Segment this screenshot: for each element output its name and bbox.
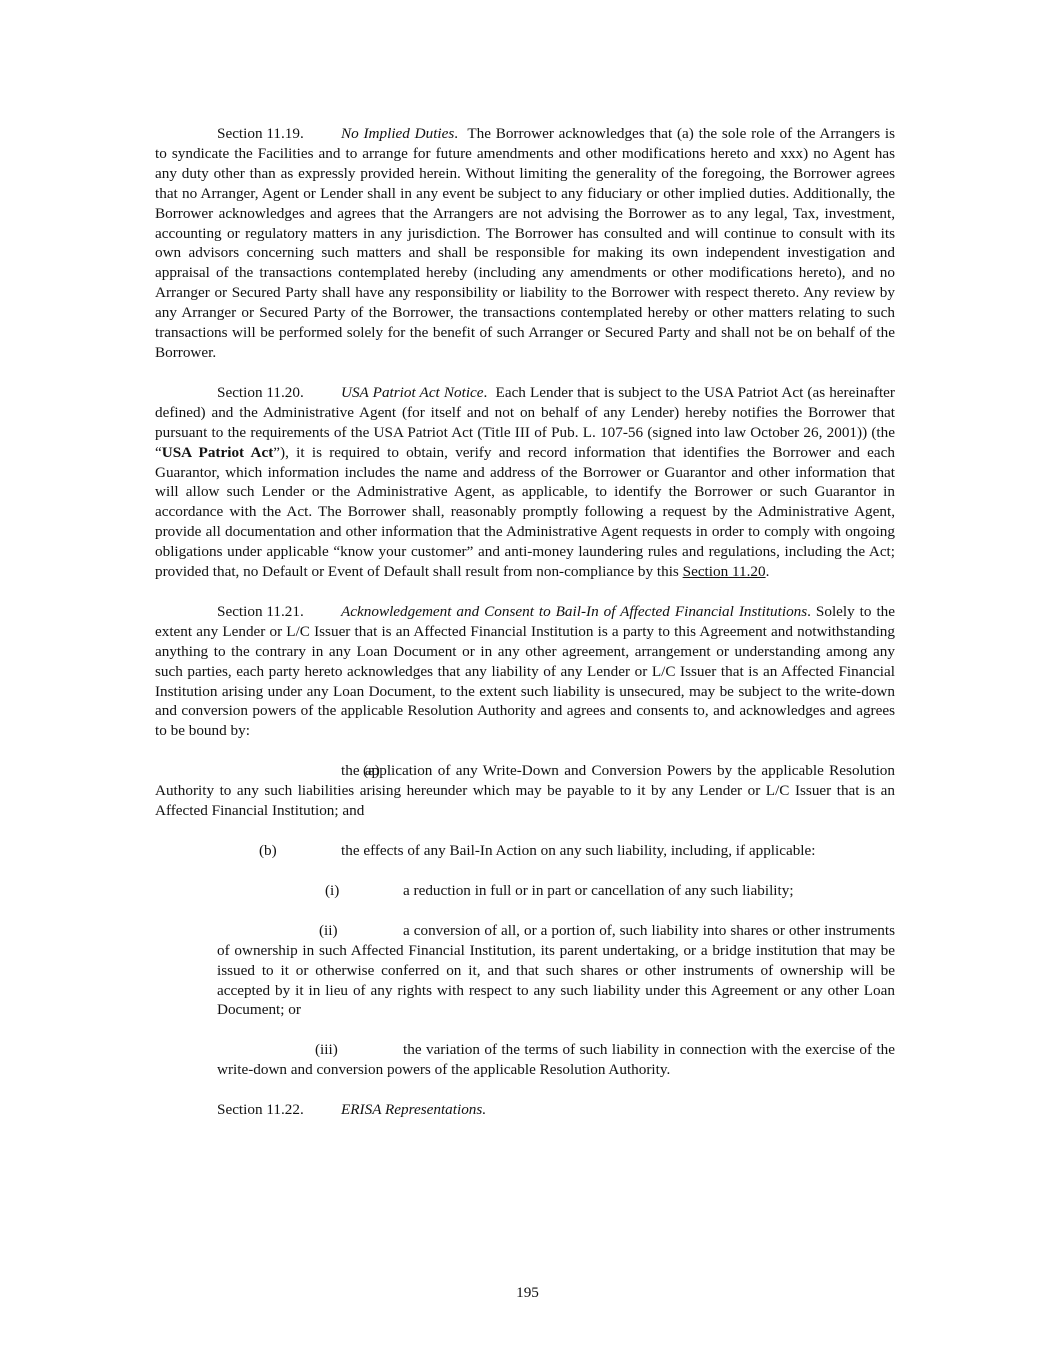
clause-ii: (ii)a conversion of all, or a portion of… [217, 921, 895, 1021]
clause-a: (a)the application of any Write-Down and… [155, 761, 895, 821]
section-11-22: Section 11.22.ERISA Representations. [217, 1100, 895, 1120]
clause-i: (i)a reduction in full or in part or can… [155, 881, 895, 901]
clause-label: (iii) [315, 1040, 403, 1060]
section-11-19: Section 11.19.No Implied Duties. The Bor… [155, 124, 895, 363]
title-period: . [454, 125, 467, 142]
section-11-20: Section 11.20.USA Patriot Act Notice. Ea… [155, 383, 895, 582]
section-body-part2: ”), it is required to obtain, verify and… [155, 444, 895, 580]
title-period: . [807, 603, 816, 620]
section-body: The Borrower acknowledges that (a) the s… [155, 125, 895, 361]
section-number: Section 11.22. [217, 1100, 341, 1120]
section-number: Section 11.20. [217, 383, 341, 403]
section-body: Solely to the extent any Lender or L/C I… [155, 603, 895, 739]
document-page: Section 11.19.No Implied Duties. The Bor… [155, 124, 895, 1140]
clause-label: (b) [259, 841, 341, 861]
section-number: Section 11.19. [217, 124, 341, 144]
clause-text: a reduction in full or in part or cancel… [403, 882, 794, 899]
clause-text: the effects of any Bail-In Action on any… [341, 842, 815, 859]
title-period: . [482, 1101, 486, 1118]
clause-iii: (iii)the variation of the terms of such … [217, 1040, 895, 1080]
title-period: . [484, 384, 496, 401]
section-title: Acknowledgement and Consent to Bail-In o… [341, 603, 807, 620]
clause-label: (a) [259, 761, 341, 781]
section-title: ERISA Representations [341, 1101, 482, 1118]
section-number: Section 11.21. [217, 602, 341, 622]
section-11-21: Section 11.21.Acknowledgement and Consen… [155, 602, 895, 741]
defined-term: USA Patriot Act [162, 444, 274, 461]
clause-label: (i) [325, 881, 403, 901]
page-number: 195 [0, 1284, 1055, 1302]
cross-reference-link[interactable]: Section 11.20 [683, 563, 766, 580]
section-title: No Implied Duties [341, 125, 454, 142]
section-title: USA Patriot Act Notice [341, 384, 484, 401]
clause-b: (b)the effects of any Bail-In Action on … [155, 841, 895, 861]
section-body-end: . [766, 563, 770, 580]
clause-label: (ii) [319, 921, 403, 941]
